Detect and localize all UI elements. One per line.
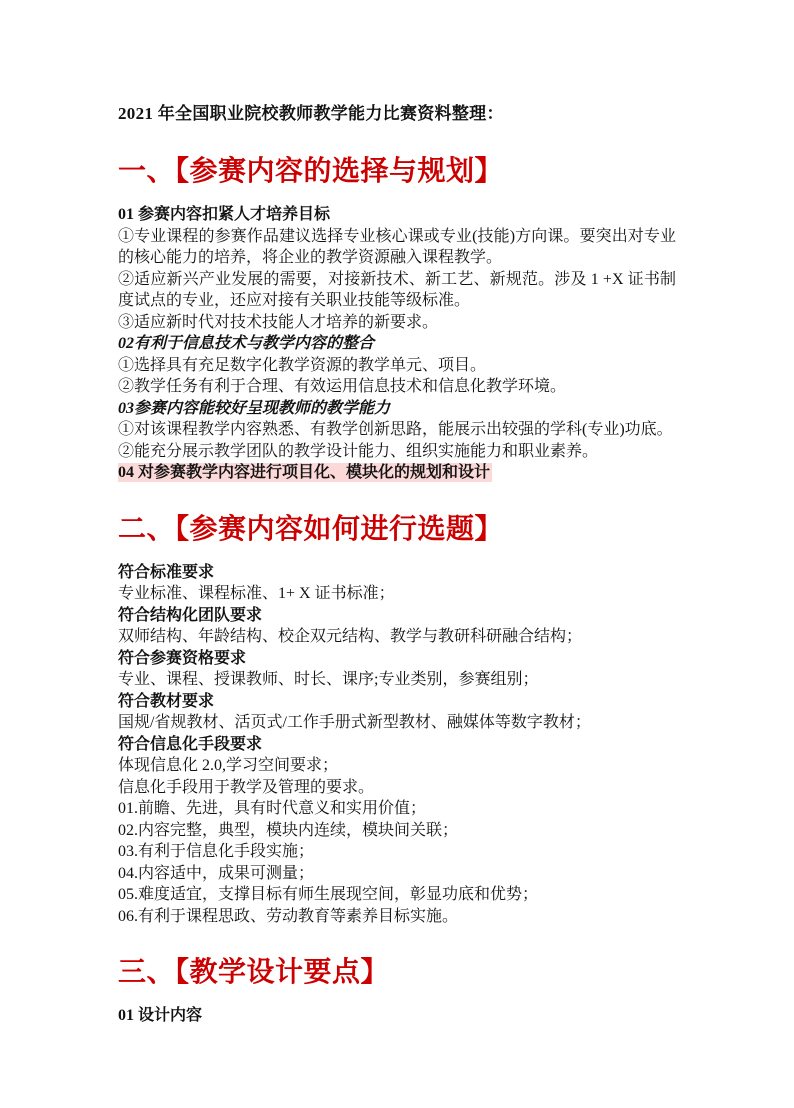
section-1-subheading-04-highlighted: 04 对参赛教学内容进行项目化、模块化的规划和设计 bbox=[118, 462, 676, 484]
section-1-subheading-02: 02有利于信息技术与教学内容的整合 bbox=[118, 333, 676, 355]
section-1-item-1-1: ①专业课程的参赛作品建议选择专业核心课或专业(技能)方向课。要突出对专业的核心能… bbox=[118, 226, 676, 269]
section-2-list-item-03: 03.有利于信息化手段实施； bbox=[118, 841, 676, 863]
section-2-list-item-04: 04.内容适中，成果可测量； bbox=[118, 863, 676, 885]
section-2-list-item-02: 02.内容完整，典型，模块内连续，模块间关联； bbox=[118, 820, 676, 842]
section-2-label-eligibility: 符合参赛资格要求 bbox=[118, 648, 676, 670]
section-2-text-it-2: 信息化手段用于教学及管理的要求。 bbox=[118, 777, 676, 799]
section-2-text-it-1: 体现信息化 2.0,学习空间要求； bbox=[118, 755, 676, 777]
section-1-item-2-1: ①选择具有充足数字化教学资源的教学单元、项目。 bbox=[118, 355, 676, 377]
section-3-subheading-01: 01 设计内容 bbox=[118, 1005, 676, 1027]
section-1-subheading-01: 01 参赛内容扣紧人才培养目标 bbox=[118, 204, 676, 226]
section-2-list-item-06: 06.有利于课程思政、劳动教育等素养目标实施。 bbox=[118, 906, 676, 928]
section-2-text-standards: 专业标准、课程标准、1+ X 证书标准； bbox=[118, 583, 676, 605]
section-1-heading: 一、【参赛内容的选择与规划】 bbox=[118, 152, 676, 190]
section-2-text-eligibility: 专业、课程、授课教师、时长、课序;专业类别，参赛组别； bbox=[118, 669, 676, 691]
section-2-text-team: 双师结构、年龄结构、校企双元结构、教学与教研科研融合结构； bbox=[118, 626, 676, 648]
section-2-label-it-means: 符合信息化手段要求 bbox=[118, 734, 676, 756]
section-2-label-textbooks: 符合教材要求 bbox=[118, 691, 676, 713]
section-teaching-design: 三、【教学设计要点】 01 设计内容 bbox=[118, 953, 676, 1027]
section-2-list-item-01: 01.前瞻、先进，具有时代意义和实用价值； bbox=[118, 798, 676, 820]
section-2-list-item-05: 05.难度适宜，支撑目标有师生展现空间，彰显功底和优势； bbox=[118, 884, 676, 906]
section-topic-selection: 二、【参赛内容如何进行选题】 符合标准要求 专业标准、课程标准、1+ X 证书标… bbox=[118, 510, 676, 928]
section-1-item-1-3: ③适应新时代对技术技能人才培养的新要求。 bbox=[118, 312, 676, 334]
document-title: 2021 年全国职业院校教师教学能力比赛资料整理： bbox=[118, 102, 676, 126]
section-1-item-3-1: ①对该课程教学内容熟悉、有教学创新思路，能展示出较强的学科(专业)功底。 bbox=[118, 419, 676, 441]
section-1-item-2-2: ②教学任务有利于合理、有效运用信息技术和信息化教学环境。 bbox=[118, 376, 676, 398]
section-2-text-textbooks: 国规/省规教材、活页式/工作手册式新型教材、融媒体等数字教材； bbox=[118, 712, 676, 734]
section-1-item-3-2: ②能充分展示教学团队的教学设计能力、组织实施能力和职业素养。 bbox=[118, 441, 676, 463]
highlighted-text: 04 对参赛教学内容进行项目化、模块化的规划和设计 bbox=[118, 463, 492, 482]
section-2-label-team: 符合结构化团队要求 bbox=[118, 605, 676, 627]
section-2-heading: 二、【参赛内容如何进行选题】 bbox=[118, 510, 676, 548]
section-1-item-1-2: ②适应新兴产业发展的需要，对接新技术、新工艺、新规范。涉及 1 +X 证书制度试… bbox=[118, 269, 676, 312]
section-1-subheading-03: 03参赛内容能较好呈现教师的教学能力 bbox=[118, 398, 676, 420]
section-content-selection: 一、【参赛内容的选择与规划】 01 参赛内容扣紧人才培养目标 ①专业课程的参赛作… bbox=[118, 152, 676, 484]
section-3-heading: 三、【教学设计要点】 bbox=[118, 953, 676, 991]
document-page: 2021 年全国职业院校教师教学能力比赛资料整理： 一、【参赛内容的选择与规划】… bbox=[0, 0, 794, 1108]
section-2-label-standards: 符合标准要求 bbox=[118, 562, 676, 584]
